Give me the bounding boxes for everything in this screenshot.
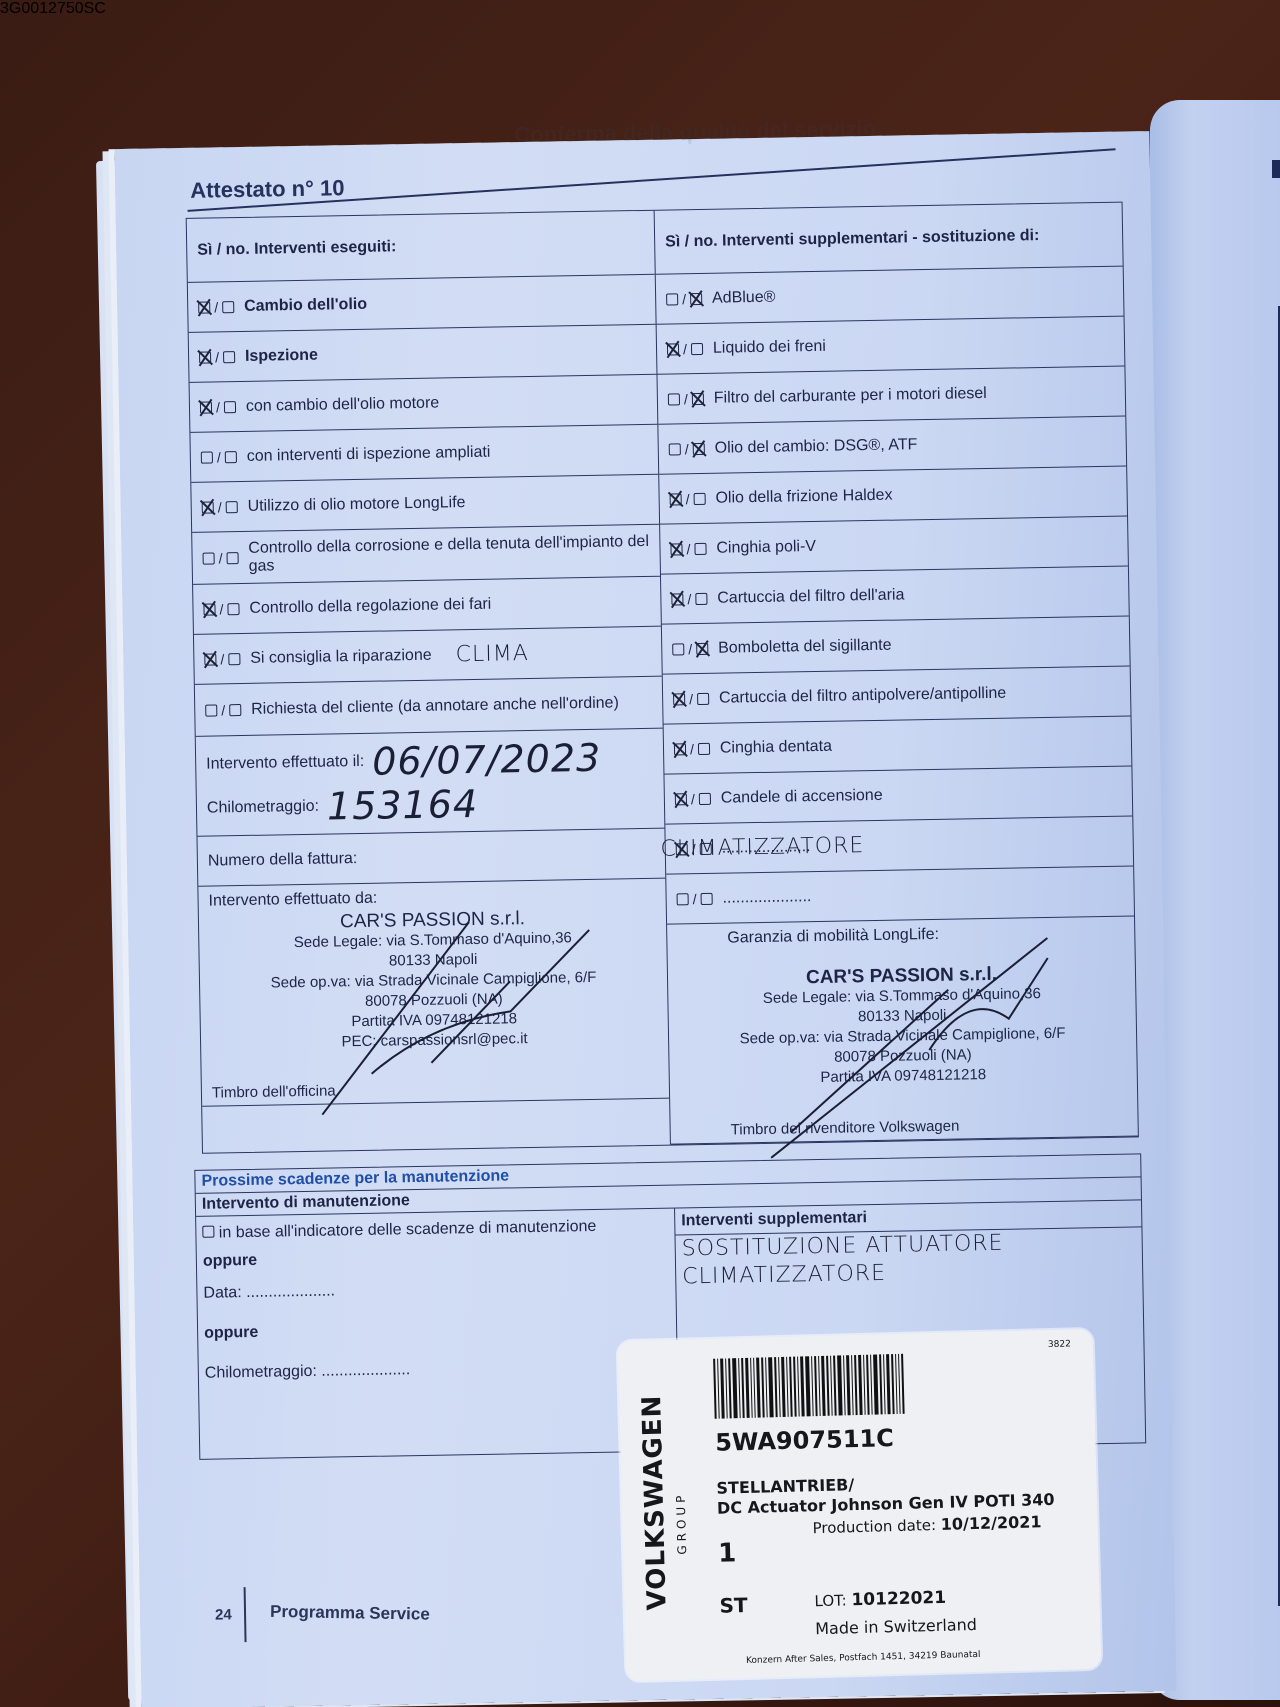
invoice-cell[interactable]: Numero della fattura: — [197, 829, 665, 887]
slash-separator: / — [221, 702, 225, 718]
slash-separator: / — [689, 691, 693, 707]
left-header: Sì / no. Interventi eseguiti: — [187, 211, 655, 283]
yes-no-checkboxes: / — [670, 490, 706, 507]
barcode-bar — [879, 1354, 883, 1414]
slash-separator: / — [219, 601, 223, 617]
barcode — [713, 1351, 1009, 1419]
right-item: /....................CLIMATIZZATORE — [665, 816, 1133, 874]
next-km-field[interactable]: Chilometraggio: .................... — [205, 1355, 671, 1385]
barcode-bar — [851, 1355, 854, 1415]
barcode-bar — [725, 1358, 728, 1418]
checkbox[interactable] — [202, 1226, 214, 1238]
no-checkbox[interactable] — [699, 792, 711, 804]
barcode-bar — [833, 1356, 837, 1416]
right-item-label: Cartuccia del filtro dell'aria — [717, 586, 904, 607]
page-footer: 24 Programma Service — [215, 1584, 430, 1643]
quantity: 1 — [718, 1538, 737, 1568]
production-date-value: 10/12/2021 — [941, 1512, 1042, 1534]
left-item: /con interventi di ispezione ampliati — [190, 425, 658, 483]
yes-no-checkboxes: / — [669, 440, 705, 457]
no-checkbox[interactable] — [226, 501, 238, 513]
slash-separator: / — [217, 449, 221, 465]
yes-no-checkboxes: / — [667, 340, 703, 357]
no-checkbox[interactable] — [693, 442, 705, 454]
lot-value: 10122021 — [851, 1588, 946, 1610]
barcode-bar — [793, 1357, 797, 1417]
part-desc-de: STELLANTRIEB/ — [716, 1475, 854, 1498]
yes-checkbox[interactable] — [201, 451, 213, 463]
barcode-bar — [811, 1356, 814, 1416]
no-checkbox[interactable] — [225, 451, 237, 463]
right-item: /Cartuccia del filtro dell'aria — [661, 567, 1129, 625]
no-checkbox[interactable] — [691, 342, 703, 354]
workshop-stamp: CAR'S PASSION s.r.l. Sede Legale: via S.… — [209, 907, 658, 1055]
barcode-bar — [891, 1354, 895, 1414]
slash-separator: / — [683, 341, 687, 357]
dealer-stamp-label: Timbro del rivenditore Volkswagen — [731, 1118, 960, 1139]
unit: ST — [719, 1593, 748, 1618]
right-item-label: Cartuccia del filtro antipolvere/antipol… — [719, 684, 1007, 707]
no-checkbox[interactable] — [227, 603, 239, 615]
yes-checkbox[interactable] — [676, 843, 688, 855]
slash-separator: / — [218, 499, 222, 515]
barcode-bar — [805, 1356, 811, 1416]
barcode-bar — [717, 1359, 720, 1419]
barcode-bar — [781, 1357, 786, 1417]
barcode-bar — [761, 1357, 765, 1417]
no-checkbox[interactable] — [229, 704, 241, 716]
right-item: /.................... — [666, 866, 1134, 924]
right-item-label: Filtro del carburante per i motori diese… — [714, 384, 987, 407]
barcode-bar — [898, 1354, 901, 1414]
no-checkbox[interactable] — [698, 742, 710, 754]
slash-separator: / — [685, 441, 689, 457]
km-label: Chilometraggio: — [207, 797, 319, 817]
sticker-code: 3822 — [1048, 1339, 1071, 1350]
right-item: /Cartuccia del filtro antipolvere/antipo… — [663, 667, 1131, 725]
dealer-stamp-cell: Garanzia di mobilità LongLife: CAR'S PAS… — [667, 916, 1138, 1144]
yes-checkbox[interactable] — [674, 743, 686, 755]
right-header: Sì / no. Interventi supplementari - sost… — [655, 203, 1123, 275]
slash-separator: / — [216, 399, 220, 415]
right-item-label: Liquido dei freni — [713, 337, 826, 357]
right-item: /Olio del cambio: DSG®, ATF — [658, 417, 1126, 475]
barcode-bar — [846, 1355, 851, 1415]
production-date-label: Production date: — [812, 1516, 936, 1537]
yes-checkbox[interactable] — [204, 653, 216, 665]
yes-checkbox[interactable] — [205, 704, 217, 716]
left-item-label: Controllo della corrosione e della tenut… — [248, 532, 650, 575]
show-through-text: Conferma della qualità del servizio — [514, 116, 876, 148]
page-number: 24 — [215, 1606, 232, 1623]
left-item-label: con interventi di ispezione ampliati — [247, 443, 491, 465]
right-item: /Cinghia dentata — [664, 717, 1132, 775]
barcode-bar — [753, 1358, 756, 1418]
left-item: /con cambio dell'olio motore — [190, 375, 658, 433]
yes-checkbox[interactable] — [673, 693, 685, 705]
date-km-cell: Intervento effettuato il: 06/07/2023 Chi… — [196, 729, 665, 837]
barcode-bar — [858, 1355, 863, 1415]
workshop-stamp-label: Timbro dell'officina — [212, 1082, 336, 1101]
right-column: Sì / no. Interventi supplementari - sost… — [655, 203, 1138, 1145]
right-item-label: AdBlue® — [712, 288, 776, 307]
yes-no-checkboxes: / — [205, 702, 241, 719]
slash-separator: / — [687, 591, 691, 607]
left-item-label: Si consiglia la riparazione — [250, 646, 432, 667]
yes-checkbox[interactable] — [672, 643, 684, 655]
right-item: /Liquido dei freni — [657, 317, 1125, 375]
barcode-bar — [713, 1359, 717, 1419]
origin: Made in Switzerland — [815, 1615, 977, 1638]
left-item: /Cambio dell'olio — [188, 275, 656, 333]
barcode-bar — [732, 1358, 738, 1418]
brand-logo-text: VOLKSWAGEN — [637, 1394, 673, 1610]
no-checkbox[interactable] — [696, 642, 708, 654]
lot-label: LOT: — [814, 1591, 847, 1610]
left-item-label: Controllo della regolazione dei fari — [249, 595, 491, 617]
slash-separator: / — [692, 891, 696, 907]
service-record-form: Sì / no. Interventi eseguiti: /Cambio de… — [186, 202, 1139, 1154]
km-value[interactable]: 153164 — [327, 781, 479, 828]
part-number: 5WA907511C — [715, 1424, 894, 1457]
or-label: oppure — [203, 1243, 669, 1273]
barcode-bar — [750, 1358, 753, 1418]
yes-no-checkboxes: / — [668, 390, 704, 407]
yes-no-checkboxes: / — [200, 399, 236, 416]
yes-no-checkboxes: / — [198, 299, 234, 316]
right-item: /Candele di accensione — [664, 766, 1132, 824]
barcode-bar — [778, 1357, 781, 1417]
slash-separator: / — [688, 641, 692, 657]
workshop-stamp-cell: Intervento effettuato da: CAR'S PASSION … — [198, 879, 669, 1107]
barcode-bar — [814, 1356, 818, 1416]
left-column: Sì / no. Interventi eseguiti: /Cambio de… — [187, 211, 671, 1153]
left-item: /Controllo della regolazione dei fari — [193, 577, 661, 635]
slash-separator: / — [691, 791, 695, 807]
or-label: oppure — [204, 1315, 670, 1345]
left-item-label: Cambio dell'olio — [244, 295, 367, 315]
indicator-option[interactable]: in base all'indicatore delle scadenze di… — [202, 1215, 668, 1245]
yes-checkbox[interactable] — [198, 301, 210, 313]
left-item-label: Richiesta del cliente (da annotare anche… — [251, 694, 619, 718]
lot: LOT: 10122021 — [814, 1588, 946, 1611]
barcode-bar — [843, 1355, 846, 1415]
barcode-bar — [886, 1354, 891, 1414]
right-item-label: Candele di accensione — [721, 786, 883, 807]
no-checkbox[interactable] — [224, 401, 236, 413]
yes-checkbox[interactable] — [203, 552, 215, 564]
right-item: /AdBlue® — [656, 267, 1124, 325]
yes-checkbox[interactable] — [667, 343, 679, 355]
yes-no-checkboxes: / — [202, 550, 238, 567]
no-checkbox[interactable] — [692, 392, 704, 404]
no-checkbox[interactable] — [693, 492, 705, 504]
slash-separator: / — [682, 291, 686, 307]
yes-checkbox[interactable] — [202, 501, 214, 513]
barcode-bar — [866, 1355, 870, 1415]
yes-checkbox[interactable] — [671, 593, 683, 605]
manufacturer-address: Konzern After Sales, Postfach 1451, 3421… — [746, 1650, 981, 1666]
yes-checkbox[interactable] — [670, 543, 682, 555]
yes-checkbox[interactable] — [675, 793, 687, 805]
left-item-label: Ispezione — [245, 346, 318, 365]
yes-no-checkboxes: / — [676, 890, 712, 907]
yes-no-checkboxes: / — [202, 499, 238, 516]
handwritten-note[interactable]: CLIMA — [455, 641, 529, 667]
yes-no-checkboxes: / — [203, 601, 239, 618]
barcode-bar — [774, 1357, 778, 1417]
yes-checkbox[interactable] — [669, 443, 681, 455]
no-checkbox[interactable] — [223, 351, 235, 363]
barcode-bar — [863, 1355, 866, 1415]
warranty-label: Garanzia di mobilità LongLife: — [677, 923, 1124, 949]
yes-checkbox[interactable] — [668, 393, 680, 405]
right-item-label: Olio della frizione Haldex — [715, 486, 892, 507]
yes-no-checkboxes: / — [201, 449, 237, 466]
left-item: /Ispezione — [189, 325, 657, 383]
barcode-bar — [765, 1357, 768, 1417]
adjacent-page-code: 3G0012750SC — [0, 0, 1280, 18]
right-item: /Filtro del carburante per i motori dies… — [657, 367, 1125, 425]
yes-no-checkboxes: / — [670, 540, 706, 557]
left-item: /Controllo della corrosione e della tenu… — [192, 525, 660, 585]
barcode-bar — [883, 1354, 886, 1414]
barcode-bar — [738, 1358, 741, 1418]
maintenance-options: in base all'indicatore delle scadenze di… — [196, 1209, 679, 1459]
adjacent-page-title-fragment — [1272, 160, 1280, 178]
right-item-label: Cinghia dentata — [720, 737, 832, 757]
performed-by-label: Intervento effettuato da: — [208, 885, 655, 911]
barcode-bar — [837, 1355, 843, 1415]
left-item: /Utilizzo di olio motore LongLife — [191, 475, 659, 533]
no-checkbox[interactable] — [222, 301, 234, 313]
right-item: /Bomboletta del sigillante — [662, 617, 1130, 675]
barcode-bar — [800, 1356, 805, 1416]
right-item-label: Cinghia poli-V — [716, 537, 816, 557]
invoice-label: Numero della fattura: — [208, 850, 358, 871]
barcode-bar — [728, 1358, 732, 1418]
left-item: /Richiesta del cliente (da annotare anch… — [195, 677, 663, 737]
slash-separator: / — [686, 541, 690, 557]
yes-no-checkboxes: / — [675, 790, 711, 807]
barcode-bar — [830, 1356, 833, 1416]
yes-checkbox[interactable] — [200, 401, 212, 413]
barcode-bar — [745, 1358, 750, 1418]
handwritten-note[interactable]: CLIMATIZZATORE — [660, 833, 864, 862]
barcode-bar — [895, 1354, 898, 1414]
no-checkbox[interactable] — [226, 552, 238, 564]
page-title: Attestato n° 10 — [190, 175, 345, 204]
barcode-bar — [768, 1357, 774, 1417]
right-item-label: Bomboletta del sigillante — [718, 636, 892, 657]
right-item: /Olio della frizione Haldex — [659, 467, 1127, 525]
slash-separator: / — [684, 391, 688, 407]
no-checkbox[interactable] — [697, 692, 709, 704]
part-sticker: VOLKSWAGEN GROUP 3822 5WA907511C STELLAN… — [618, 1329, 1102, 1681]
barcode-bar — [901, 1354, 905, 1414]
barcode-bar — [826, 1356, 830, 1416]
yes-no-checkboxes: / — [666, 290, 702, 307]
yes-no-checkboxes: / — [672, 640, 708, 657]
barcode-bar — [756, 1358, 761, 1418]
dealer-stamp: CAR'S PASSION s.r.l. Sede Legale: via S.… — [678, 963, 1127, 1091]
no-checkbox[interactable] — [690, 292, 702, 304]
indicator-option-label: in base all'indicatore delle scadenze di… — [219, 1218, 597, 1242]
yes-checkbox[interactable] — [199, 351, 211, 363]
left-item: /Si consiglia la riparazioneCLIMA — [194, 627, 662, 685]
left-item-label: con cambio dell'olio motore — [246, 394, 440, 415]
barcode-bar — [797, 1357, 800, 1417]
yes-checkbox[interactable] — [677, 893, 689, 905]
no-checkbox[interactable] — [695, 592, 707, 604]
barcode-bar — [786, 1357, 789, 1417]
barcode-bar — [818, 1356, 821, 1416]
yes-no-checkboxes: / — [204, 651, 240, 668]
yes-no-checkboxes: / — [673, 690, 709, 707]
slash-separator: / — [220, 651, 224, 667]
no-checkbox[interactable] — [694, 542, 706, 554]
no-checkbox[interactable] — [228, 653, 240, 665]
right-item: /Cinghia poli-V — [660, 517, 1128, 575]
barcode-bar — [873, 1354, 879, 1414]
yes-no-checkboxes: / — [671, 590, 707, 607]
right-item-label: Olio del cambio: DSG®, ATF — [715, 436, 918, 458]
yes-no-checkboxes: / — [674, 740, 710, 757]
left-item-label: Utilizzo di olio motore LongLife — [247, 494, 465, 516]
slash-separator: / — [690, 741, 694, 757]
slash-separator: / — [218, 550, 222, 566]
yes-checkbox[interactable] — [666, 293, 678, 305]
brand-group-text: GROUP — [674, 1491, 690, 1554]
yes-no-checkboxes: / — [199, 349, 235, 366]
next-date-field[interactable]: Data: .................... — [203, 1275, 669, 1305]
date-value[interactable]: 06/07/2023 — [372, 735, 602, 783]
slash-separator: / — [215, 349, 219, 365]
production-date: Production date: 10/12/2021 — [812, 1512, 1041, 1537]
footer-divider — [243, 1587, 246, 1642]
slash-separator: / — [686, 491, 690, 507]
barcode-bar — [821, 1356, 826, 1416]
slash-separator: / — [214, 299, 218, 315]
barcode-bar — [870, 1355, 873, 1415]
section-label: Programma Service — [270, 1601, 430, 1624]
yes-checkbox[interactable] — [670, 493, 682, 505]
yes-checkbox[interactable] — [203, 603, 215, 615]
barcode-bar — [720, 1359, 725, 1419]
no-checkbox[interactable] — [700, 892, 712, 904]
barcode-bar — [741, 1358, 745, 1418]
right-item-label: .................... — [722, 888, 811, 908]
barcode-bar — [854, 1355, 858, 1415]
no-checkbox[interactable] — [700, 842, 712, 854]
barcode-bar — [789, 1357, 793, 1417]
date-label: Intervento effettuato il: — [206, 752, 364, 773]
